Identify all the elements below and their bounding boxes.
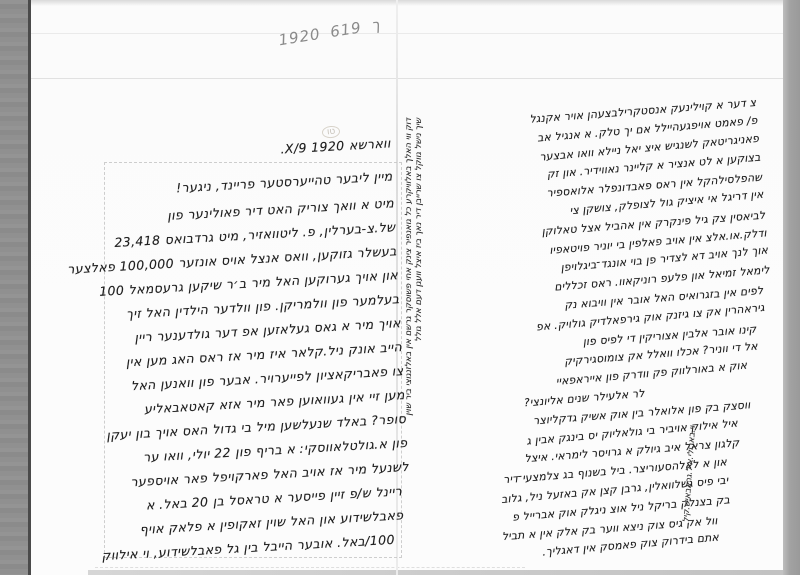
archival-annotation: 19206ך19: [277, 13, 398, 50]
right-page-text: צ דער א קוילינעק אנסטקרילבצעהן אויר אקנג…: [410, 93, 791, 570]
paper-crease-top: [31, 33, 783, 34]
margin-line: שיך נישל גווקל צו שרייבן דיר נאך ביז איצ…: [414, 118, 424, 558]
scanner-band-left: [0, 0, 28, 575]
scanner-strip-bottom: [88, 570, 783, 575]
annotation-mark2: 19: [339, 18, 363, 39]
margin-text-vertical: דוק ווי האלך באלוויקרע כל גואנפיר צינק א…: [404, 118, 424, 558]
annotation-year: 1920: [277, 25, 321, 49]
paper-crease-upper: [31, 78, 783, 79]
scanned-letter: 19206ך19 טו ווארשא 1920 9/X. מיין ליבער …: [0, 0, 800, 575]
margin-line: דוק ווי האלך באלוויקרע כל גואנפיר צינק א…: [404, 118, 414, 558]
left-page-text: ווארשא 1920 9/X. מיין ליבער טהייערסטער פ…: [71, 131, 414, 568]
scanner-band-left-edge: [28, 0, 31, 575]
